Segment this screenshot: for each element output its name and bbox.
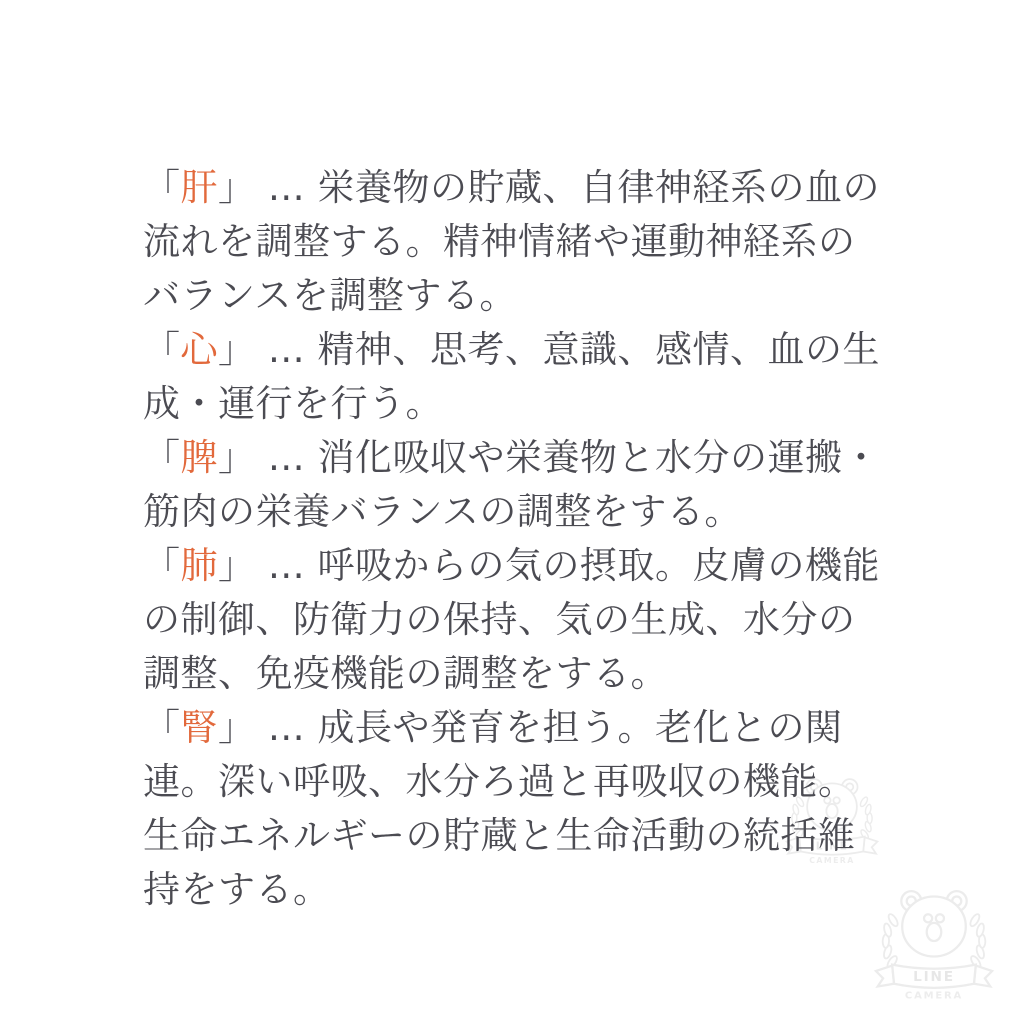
laurel-right-icon bbox=[969, 913, 986, 970]
open-bracket: 「 bbox=[143, 166, 181, 209]
close-bracket: 」 bbox=[218, 706, 256, 749]
laurel-left-icon bbox=[882, 913, 899, 970]
organ-name: 肝 bbox=[181, 166, 219, 209]
organ-section: 「肺」 … 呼吸からの気の摂取。皮膚の機能の制御、防衛力の保持、気の生成、水分の… bbox=[143, 539, 891, 701]
image-canvas: 「肝」 … 栄養物の貯蔵、自律神経系の血の流れを調整する。精神情緒や運動神経系の… bbox=[0, 0, 1024, 1024]
watermark-camera-label: CAMERA bbox=[905, 990, 963, 1001]
close-bracket: 」 bbox=[218, 436, 256, 479]
separator-ellipsis: … bbox=[256, 706, 318, 749]
organ-section: 「心」 … 精神、思考、意識、感情、血の生成・運行を行う。 bbox=[143, 323, 891, 431]
bear-icon bbox=[901, 891, 966, 956]
separator-ellipsis: … bbox=[256, 328, 318, 371]
organ-section: 「肝」 … 栄養物の貯蔵、自律神経系の血の流れを調整する。精神情緒や運動神経系の… bbox=[143, 161, 891, 323]
organ-section: 「腎」 … 成長や発育を担う。老化との関連。深い呼吸、水分ろ過と再吸収の機能。生… bbox=[143, 701, 891, 917]
organ-descriptions: 「肝」 … 栄養物の貯蔵、自律神経系の血の流れを調整する。精神情緒や運動神経系の… bbox=[143, 161, 891, 917]
close-bracket: 」 bbox=[218, 328, 256, 371]
open-bracket: 「 bbox=[143, 328, 181, 371]
separator-ellipsis: … bbox=[256, 544, 318, 587]
separator-ellipsis: … bbox=[256, 166, 318, 209]
organ-section: 「脾」 … 消化吸収や栄養物と水分の運搬・筋肉の栄養バランスの調整をする。 bbox=[143, 431, 891, 539]
close-bracket: 」 bbox=[218, 544, 256, 587]
separator-ellipsis: … bbox=[256, 436, 318, 479]
organ-name: 心 bbox=[181, 328, 219, 371]
organ-name: 腎 bbox=[181, 706, 219, 749]
open-bracket: 「 bbox=[143, 544, 181, 587]
open-bracket: 「 bbox=[143, 706, 181, 749]
organ-name: 脾 bbox=[181, 436, 219, 479]
open-bracket: 「 bbox=[143, 436, 181, 479]
organ-name: 肺 bbox=[181, 544, 219, 587]
watermark-line-label: LINE bbox=[913, 969, 955, 985]
close-bracket: 」 bbox=[218, 166, 256, 209]
